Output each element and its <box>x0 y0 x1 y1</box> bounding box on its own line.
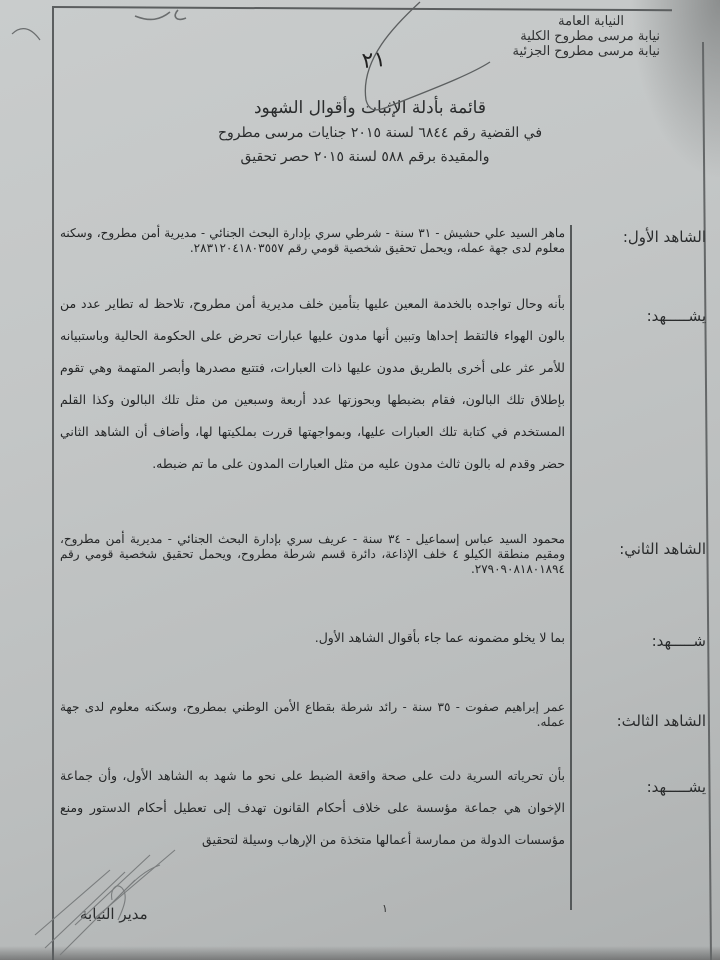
column-divider <box>570 225 572 910</box>
signature-title: مدير النيابة <box>80 905 148 923</box>
issuing-authority: النيابة العامة نيابة مرسى مطروح الكلية ن… <box>460 14 660 59</box>
signature-scribble-icon <box>35 850 175 955</box>
witness-3-testimony: بأن تحرياته السرية دلت على صحة واقعة الض… <box>60 760 565 856</box>
authority-line-2: نيابة مرسى مطروح الكلية <box>460 29 660 44</box>
page-number: ١ <box>382 902 388 915</box>
page-bottom-edge <box>0 946 720 960</box>
authority-line-3: نيابة مرسى مطروح الجزئية <box>460 44 660 59</box>
witness-3-label: الشاهد الثالث: <box>576 712 706 730</box>
witness-3-testimony-label: يشـــــهد: <box>576 778 706 796</box>
witness-1-identity: ماهر السيد علي حشيش - ٣١ سنة - شرطي سري … <box>60 226 565 256</box>
witness-1-testimony-label: يشـــــهد: <box>576 307 706 325</box>
witness-2-testimony: بما لا يخلو مضمونه عما جاء بأقوال الشاهد… <box>60 622 565 654</box>
document-title: قائمة بأدلة الإثبات وأقوال الشهود <box>200 95 560 121</box>
witness-1-label: الشاهد الأول: <box>576 228 706 246</box>
frame-top-line <box>52 6 672 11</box>
case-number-line: في القضية رقم ٦٨٤٤ لسنة ٢٠١٥ جنايات مرسى… <box>200 121 560 145</box>
corner-scribble-icon <box>135 10 186 19</box>
witness-1-testimony: بأنه وحال تواجده بالخدمة المعين عليها بت… <box>60 288 565 480</box>
document-title-block: قائمة بأدلة الإثبات وأقوال الشهود في الق… <box>200 95 560 169</box>
witness-2-testimony-label: شـــــهد: <box>576 632 706 650</box>
frame-right-line <box>702 42 712 960</box>
frame-left-line <box>52 6 54 960</box>
document-page: النيابة العامة نيابة مرسى مطروح الكلية ن… <box>0 0 720 960</box>
header-bracket-icon <box>12 29 40 40</box>
witness-3-identity: عمر إبراهيم صفوت - ٣٥ سنة - رائد شرطة بق… <box>60 700 565 730</box>
witness-2-identity: محمود السيد عباس إسماعيل - ٣٤ سنة - عريف… <box>60 532 565 577</box>
authority-line-1: النيابة العامة <box>460 14 660 29</box>
handwritten-page-stamp: ٢١ <box>361 47 387 74</box>
registration-line: والمقيدة برقم ٥٨٨ لسنة ٢٠١٥ حصر تحقيق <box>200 145 560 169</box>
witness-2-label: الشاهد الثاني: <box>576 540 706 558</box>
